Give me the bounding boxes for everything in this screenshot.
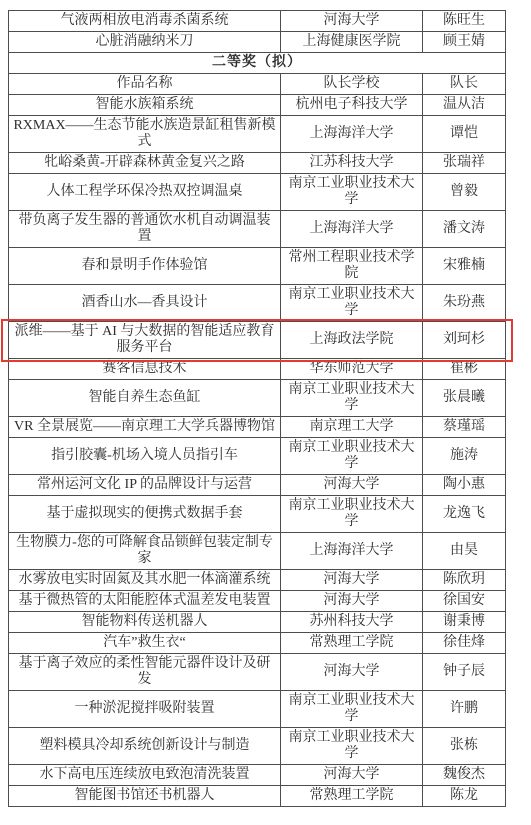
column-header-row: 作品名称队长学校队长 — [9, 74, 506, 95]
title-cell: 人体工程学环保冷热双控调温桌 — [9, 174, 281, 211]
school-cell: 南京工业职业技术大学 — [281, 438, 423, 475]
table-row: 一种淤泥搅拌吸附装置南京工业职业技术大学许鹏 — [9, 691, 506, 728]
leader-cell: 由昊 — [423, 533, 506, 570]
leader-cell: 魏俊杰 — [423, 765, 506, 786]
leader-cell: 曾毅 — [423, 174, 506, 211]
section-header-row: 二等奖（拟） — [9, 53, 506, 74]
table-row: 生物膜力-您的可降解食品锁鲜包装定制专家上海海洋大学由昊 — [9, 533, 506, 570]
table-row: 基于虚拟现实的便携式数据手套南京工业职业技术大学龙逸飞 — [9, 496, 506, 533]
table-row: 水下高电压连续放电致泡清洗装置河海大学魏俊杰 — [9, 765, 506, 786]
school-cell: 南京工业职业技术大学 — [281, 496, 423, 533]
leader-cell: 崔彬 — [423, 359, 506, 380]
school-cell: 上海海洋大学 — [281, 533, 423, 570]
school-cell: 上海海洋大学 — [281, 116, 423, 153]
school-cell: 南京工业职业技术大学 — [281, 691, 423, 728]
title-cell: 一种淤泥搅拌吸附装置 — [9, 691, 281, 728]
school-cell: 南京工业职业技术大学 — [281, 380, 423, 417]
title-cell: 心脏消融纳米刀 — [9, 32, 281, 53]
table-row: 气液两相放电消毒杀菌系统河海大学陈旺生 — [9, 11, 506, 32]
school-cell: 上海海洋大学 — [281, 211, 423, 248]
school-cell: 苏州科技大学 — [281, 612, 423, 633]
title-cell: 气液两相放电消毒杀菌系统 — [9, 11, 281, 32]
title-cell: 基于微热管的太阳能腔体式温差发电装置 — [9, 591, 281, 612]
title-cell: 基于虚拟现实的便携式数据手套 — [9, 496, 281, 533]
leader-cell: 张瑞祥 — [423, 153, 506, 174]
title-cell: RXMAX——生态节能水族造景缸租售新模式 — [9, 116, 281, 153]
table-row: 智能水族箱系统杭州电子科技大学温从洁 — [9, 95, 506, 116]
leader-cell: 潘文涛 — [423, 211, 506, 248]
table-row: 派维——基于 AI 与大数据的智能适应教育服务平台上海政法学院刘珂杉 — [9, 322, 506, 359]
school-cell: 上海健康医学院 — [281, 32, 423, 53]
school-cell: 河海大学 — [281, 475, 423, 496]
title-cell: 春和景明手作体验馆 — [9, 248, 281, 285]
title-cell: 智能物料传送机器人 — [9, 612, 281, 633]
title-cell: 水下高电压连续放电致泡清洗装置 — [9, 765, 281, 786]
school-cell: 常州工程职业技术学院 — [281, 248, 423, 285]
leader-cell: 温从洁 — [423, 95, 506, 116]
title-cell: VR 全景展览——南京理工大学兵器博物馆 — [9, 417, 281, 438]
leader-cell: 陶小惠 — [423, 475, 506, 496]
table-row: 基于离子效应的柔性智能元器件设计及研发河海大学钟子辰 — [9, 654, 506, 691]
table-row: 带负离子发生器的普通饮水机自动调温装置上海海洋大学潘文涛 — [9, 211, 506, 248]
leader-cell: 陈龙 — [423, 786, 506, 807]
school-cell: 河海大学 — [281, 11, 423, 32]
table-row: RXMAX——生态节能水族造景缸租售新模式上海海洋大学谭恺 — [9, 116, 506, 153]
leader-cell: 刘珂杉 — [423, 322, 506, 359]
leader-cell: 朱玢燕 — [423, 285, 506, 322]
title-cell: 赛客信息技术 — [9, 359, 281, 380]
title-cell: 酒香山水—香具设计 — [9, 285, 281, 322]
leader-cell: 宋雅楠 — [423, 248, 506, 285]
leader-cell: 龙逸飞 — [423, 496, 506, 533]
title-cell: 汽车”救生衣“ — [9, 633, 281, 654]
column-header-title: 作品名称 — [9, 74, 281, 95]
table-row: 智能物料传送机器人苏州科技大学谢秉博 — [9, 612, 506, 633]
school-cell: 河海大学 — [281, 591, 423, 612]
table-row: 智能图书馆还书机器人常熟理工学院陈龙 — [9, 786, 506, 807]
school-cell: 南京工业职业技术大学 — [281, 285, 423, 322]
leader-cell: 张晨曦 — [423, 380, 506, 417]
table-row: 酒香山水—香具设计南京工业职业技术大学朱玢燕 — [9, 285, 506, 322]
title-cell: 智能自养生态鱼缸 — [9, 380, 281, 417]
table-row: 塑料模具冷却系统创新设计与制造南京工业职业技术大学张栋 — [9, 728, 506, 765]
table-row: 指引胶囊-机场入境人员指引车南京工业职业技术大学施涛 — [9, 438, 506, 475]
section-header: 二等奖（拟） — [9, 53, 506, 74]
table-row: 人体工程学环保冷热双控调温桌南京工业职业技术大学曾毅 — [9, 174, 506, 211]
school-cell: 上海政法学院 — [281, 322, 423, 359]
table-row: 水雾放电实时固氮及其水肥一体滴灌系统河海大学陈欣玥 — [9, 570, 506, 591]
title-cell: 指引胶囊-机场入境人员指引车 — [9, 438, 281, 475]
title-cell: 带负离子发生器的普通饮水机自动调温装置 — [9, 211, 281, 248]
school-cell: 河海大学 — [281, 654, 423, 691]
leader-cell: 陈欣玥 — [423, 570, 506, 591]
table-row: 赛客信息技术华东师范大学崔彬 — [9, 359, 506, 380]
school-cell: 华东师范大学 — [281, 359, 423, 380]
leader-cell: 谢秉博 — [423, 612, 506, 633]
table-row: 牝峪桑黄-开辟森林黄金复兴之路江苏科技大学张瑞祥 — [9, 153, 506, 174]
title-cell: 生物膜力-您的可降解食品锁鲜包装定制专家 — [9, 533, 281, 570]
table-row: 基于微热管的太阳能腔体式温差发电装置河海大学徐国安 — [9, 591, 506, 612]
leader-cell: 蔡瑾瑶 — [423, 417, 506, 438]
leader-cell: 钟子辰 — [423, 654, 506, 691]
leader-cell: 徐国安 — [423, 591, 506, 612]
award-list-document: 气液两相放电消毒杀菌系统河海大学陈旺生心脏消融纳米刀上海健康医学院顾王婧二等奖（… — [8, 10, 505, 807]
school-cell: 江苏科技大学 — [281, 153, 423, 174]
title-cell: 塑料模具冷却系统创新设计与制造 — [9, 728, 281, 765]
leader-cell: 顾王婧 — [423, 32, 506, 53]
title-cell: 水雾放电实时固氮及其水肥一体滴灌系统 — [9, 570, 281, 591]
column-header-school: 队长学校 — [281, 74, 423, 95]
school-cell: 南京工业职业技术大学 — [281, 174, 423, 211]
leader-cell: 施涛 — [423, 438, 506, 475]
title-cell: 基于离子效应的柔性智能元器件设计及研发 — [9, 654, 281, 691]
table-row: VR 全景展览——南京理工大学兵器博物馆南京理工大学蔡瑾瑶 — [9, 417, 506, 438]
school-cell: 常熟理工学院 — [281, 633, 423, 654]
column-header-leader: 队长 — [423, 74, 506, 95]
leader-cell: 许鹏 — [423, 691, 506, 728]
school-cell: 河海大学 — [281, 570, 423, 591]
school-cell: 河海大学 — [281, 765, 423, 786]
awards-table-body: 气液两相放电消毒杀菌系统河海大学陈旺生心脏消融纳米刀上海健康医学院顾王婧二等奖（… — [9, 11, 506, 807]
table-row: 智能自养生态鱼缸南京工业职业技术大学张晨曦 — [9, 380, 506, 417]
title-cell: 派维——基于 AI 与大数据的智能适应教育服务平台 — [9, 322, 281, 359]
school-cell: 南京工业职业技术大学 — [281, 728, 423, 765]
table-row: 常州运河文化 IP 的品牌设计与运营河海大学陶小惠 — [9, 475, 506, 496]
table-row: 心脏消融纳米刀上海健康医学院顾王婧 — [9, 32, 506, 53]
title-cell: 常州运河文化 IP 的品牌设计与运营 — [9, 475, 281, 496]
leader-cell: 陈旺生 — [423, 11, 506, 32]
table-row: 汽车”救生衣“常熟理工学院徐佳烽 — [9, 633, 506, 654]
awards-table: 气液两相放电消毒杀菌系统河海大学陈旺生心脏消融纳米刀上海健康医学院顾王婧二等奖（… — [8, 10, 506, 807]
school-cell: 南京理工大学 — [281, 417, 423, 438]
title-cell: 牝峪桑黄-开辟森林黄金复兴之路 — [9, 153, 281, 174]
title-cell: 智能水族箱系统 — [9, 95, 281, 116]
school-cell: 常熟理工学院 — [281, 786, 423, 807]
leader-cell: 徐佳烽 — [423, 633, 506, 654]
school-cell: 杭州电子科技大学 — [281, 95, 423, 116]
leader-cell: 张栋 — [423, 728, 506, 765]
table-row: 春和景明手作体验馆常州工程职业技术学院宋雅楠 — [9, 248, 506, 285]
leader-cell: 谭恺 — [423, 116, 506, 153]
title-cell: 智能图书馆还书机器人 — [9, 786, 281, 807]
